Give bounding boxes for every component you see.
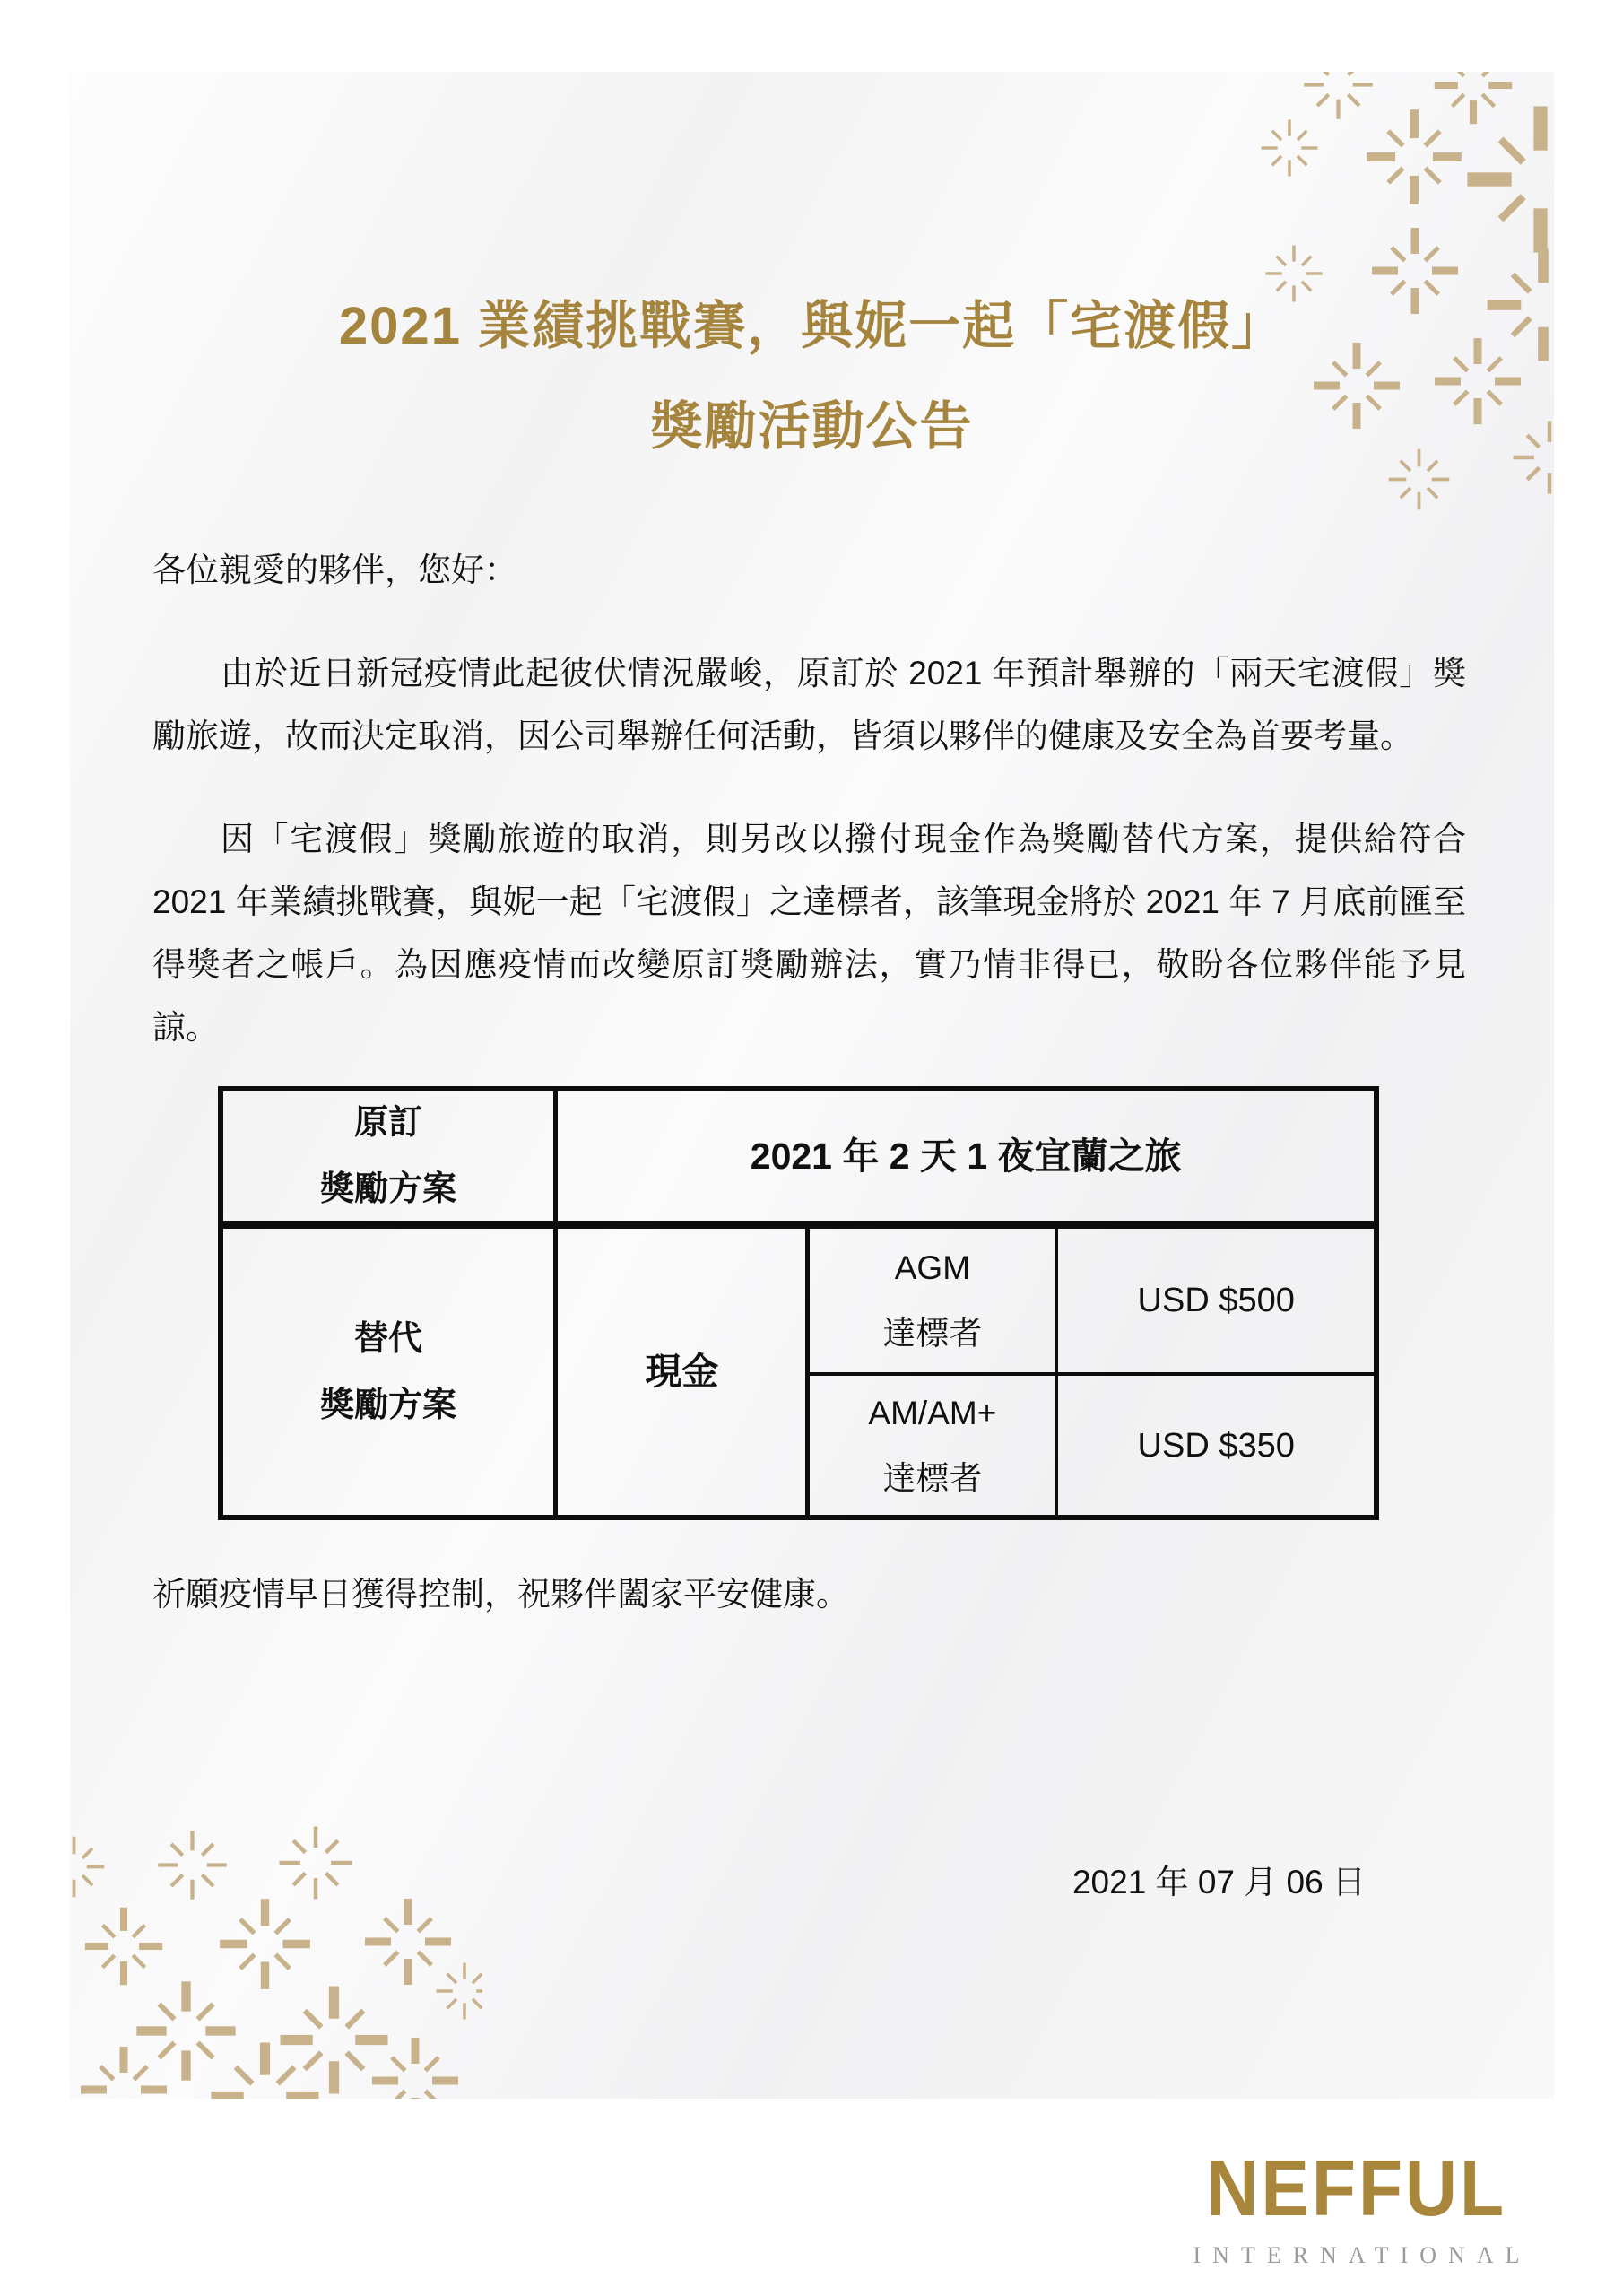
original-plan-label-line1: 原訂	[354, 1106, 422, 1140]
alternative-plan-label-line2: 獎勵方案	[320, 1388, 456, 1422]
letter-sheet: 2021 業績挑戰賽，與妮一起「宅渡假」 獎勵活動公告 各位親愛的夥伴，您好： …	[70, 72, 1554, 2099]
original-plan-label-line2: 獎勵方案	[320, 1172, 456, 1206]
logo-subtitle-text: INTERNATIONAL	[1175, 2242, 1538, 2269]
sparkle-icon	[1431, 72, 1515, 127]
sparkle-icon	[77, 2043, 171, 2099]
cash-label: 現金	[645, 1353, 718, 1390]
agm-tier-line2: 達標者	[882, 1317, 982, 1350]
sparkle-icon	[1254, 113, 1324, 182]
announcement-page: { "document": { "title_line1": "2021 業績挑…	[0, 0, 1623, 2296]
table-cell-am-amount: USD $350	[1058, 1376, 1374, 1515]
page-title: 2021 業績挑戰賽，與妮一起「宅渡假」 獎勵活動公告	[70, 276, 1554, 477]
company-logo: NEFFUL INTERNATIONAL	[1175, 2144, 1538, 2269]
greeting-line: 各位親愛的夥伴，您好：	[152, 539, 1466, 602]
table-cell-cash: 現金	[558, 1229, 810, 1515]
reward-plan-table: 原訂 獎勵方案 2021 年 2 天 1 夜宜蘭之旅 替代 獎勵方案 現金 AG…	[218, 1086, 1379, 1520]
am-amount: USD $350	[1138, 1429, 1295, 1463]
sparkle-icon	[70, 1830, 111, 1904]
sparkle-icon	[430, 1956, 482, 2025]
sparkle-icon	[1362, 105, 1465, 208]
agm-amount: USD $500	[1138, 1283, 1295, 1318]
logo-brand-text: NEFFUL	[1206, 2144, 1506, 2235]
body-paragraph-1: 由於近日新冠疫情此起彼伏情況嚴峻，原訂於 2021 年預計舉辦的「兩天宅渡假」獎…	[152, 642, 1466, 768]
date-line: 2021 年 07 月 06 日	[152, 1851, 1466, 1914]
am-tier-line2: 達標者	[882, 1462, 982, 1495]
sparkle-icon	[132, 1977, 239, 2084]
body-paragraph-2: 因「宅渡假」獎勵旅遊的取消，則另改以撥付現金作為獎勵替代方案，提供給符合 202…	[152, 808, 1466, 1059]
sparkle-icon	[82, 1904, 166, 1988]
table-cell-alternative-plan: 替代 獎勵方案	[223, 1229, 558, 1515]
letter-body: 各位親愛的夥伴，您好： 由於近日新冠疫情此起彼伏情況嚴峻，原訂於 2021 年預…	[152, 539, 1466, 1914]
table-cell-agm-tier: AGM 達標者	[810, 1229, 1058, 1376]
table-cell-original-prize: 2021 年 2 天 1 夜宜蘭之旅	[558, 1091, 1374, 1229]
agm-tier-line1: AGM	[895, 1251, 970, 1284]
table-cell-original-plan: 原訂 獎勵方案	[223, 1091, 558, 1229]
page-title-line1: 2021 業績挑戰賽，與妮一起「宅渡假」	[70, 276, 1554, 377]
table-cell-am-tier: AM/AM+ 達標者	[810, 1376, 1058, 1515]
original-prize-text: 2021 年 2 天 1 夜宜蘭之旅	[751, 1138, 1182, 1175]
sparkle-icon	[1297, 72, 1381, 126]
closing-line: 祈願疫情早日獲得控制，祝夥伴闔家平安健康。	[152, 1563, 1466, 1626]
page-title-line2: 獎勵活動公告	[70, 377, 1554, 477]
am-tier-line1: AM/AM+	[868, 1396, 996, 1430]
alternative-plan-label-line1: 替代	[354, 1322, 422, 1356]
table-cell-agm-amount: USD $500	[1058, 1229, 1374, 1376]
